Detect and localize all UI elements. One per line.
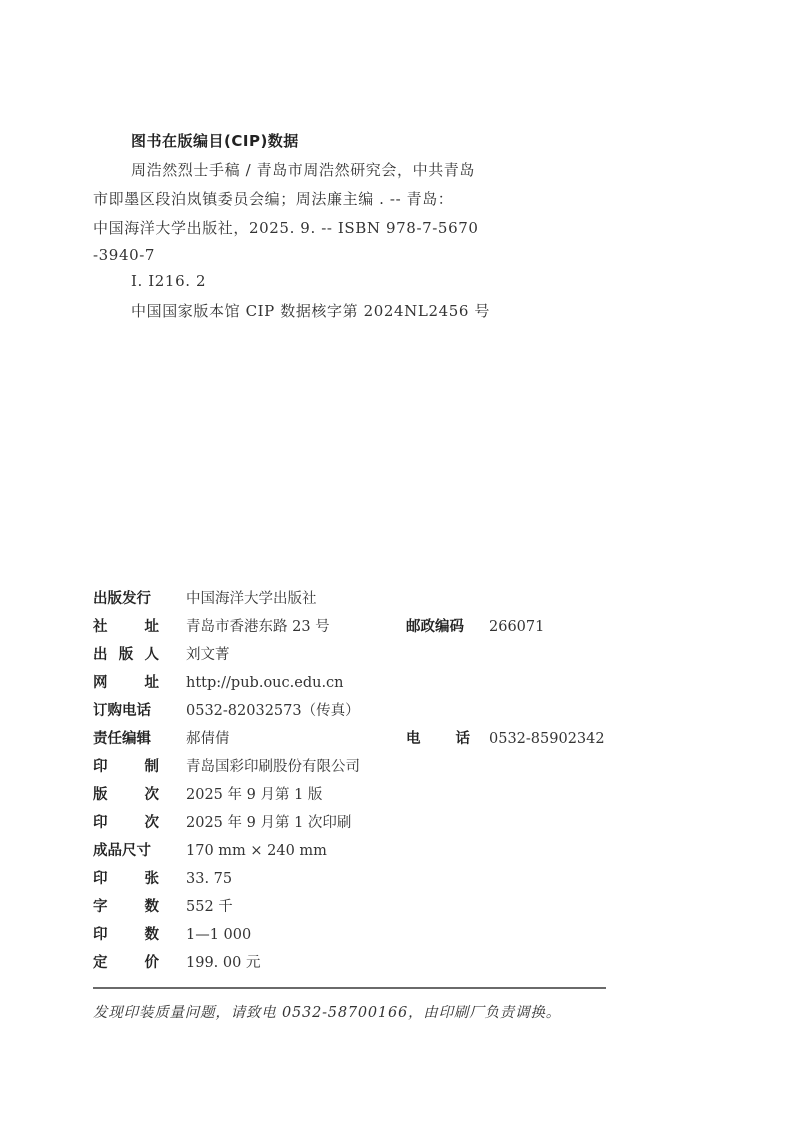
value-publisher: 中国海洋大学出版社 [186, 588, 317, 610]
label-size: 成品尺寸 [93, 840, 159, 862]
imprint-row-printer: 印制 青岛国彩印刷股份有限公司 [93, 756, 613, 778]
value-size: 170 mm × 240 mm [186, 840, 327, 862]
quality-notice: 发现印装质量问题，请致电 0532-58700166，由印刷厂负责调换。 [93, 1001, 561, 1022]
label-price: 定价 [93, 952, 159, 974]
cip-line-3: 中国海洋大学出版社，2025. 9. -- ISBN 978-7-5670 [93, 217, 479, 238]
label-editor: 责任编辑 [93, 728, 159, 750]
imprint-row-website: 网址 http://pub.ouc.edu.cn [93, 672, 613, 694]
label-publisher: 出版发行 [93, 588, 159, 610]
value-publisher-person: 刘文菁 [186, 644, 230, 666]
imprint-row-printing: 印次 2025 年 9 月第 1 次印刷 [93, 812, 613, 834]
imprint-row-address: 社址 青岛市香港东路 23 号 邮政编码 266071 [93, 616, 613, 638]
cip-approval-number: 中国国家版本馆 CIP 数据核字第 2024NL2456 号 [131, 300, 490, 321]
imprint-row-word-count: 字数 552 千 [93, 896, 613, 918]
website-link[interactable]: http://pub.ouc.edu.cn [186, 672, 344, 694]
label-printing: 印次 [93, 812, 159, 834]
cip-line-2: 市即墨区段泊岚镇委员会编；周法廉主编 . -- 青岛： [93, 188, 453, 209]
cip-classification: Ⅰ. I216. 2 [131, 272, 206, 290]
label-printer: 印制 [93, 756, 159, 778]
imprint-row-publisher: 出版发行 中国海洋大学出版社 [93, 588, 613, 610]
value-printer: 青岛国彩印刷股份有限公司 [186, 756, 360, 778]
imprint-row-size: 成品尺寸 170 mm × 240 mm [93, 840, 613, 862]
cip-line-1: 周浩然烈士手稿 / 青岛市周浩然研究会，中共青岛 [131, 159, 475, 180]
value-word-count: 552 千 [186, 896, 233, 918]
label-publisher-person: 出版人 [93, 644, 159, 666]
label-sheets: 印张 [93, 868, 159, 890]
value-printing: 2025 年 9 月第 1 次印刷 [186, 812, 351, 834]
imprint-row-editor: 责任编辑 郝倩倩 电话 0532-85902342 [93, 728, 613, 750]
value-order-phone: 0532-82032573（传真） [186, 700, 360, 722]
imprint-row-print-run: 印数 1—1 000 [93, 924, 613, 946]
label-edition: 版次 [93, 784, 159, 806]
value-sheets: 33. 75 [186, 868, 232, 890]
value-edition: 2025 年 9 月第 1 版 [186, 784, 322, 806]
imprint-row-sheets: 印张 33. 75 [93, 868, 613, 890]
cip-line-4: -3940-7 [93, 246, 155, 264]
value-phone: 0532-85902342 [489, 728, 605, 750]
imprint-row-order-phone: 订购电话 0532-82032573（传真） [93, 700, 613, 722]
label-phone: 电话 [406, 728, 470, 750]
imprint-row-edition: 版次 2025 年 9 月第 1 版 [93, 784, 613, 806]
label-postcode: 邮政编码 [406, 616, 470, 638]
label-order-phone: 订购电话 [93, 700, 159, 722]
label-website: 网址 [93, 672, 159, 694]
imprint-row-price: 定价 199. 00 元 [93, 952, 613, 974]
value-print-run: 1—1 000 [186, 924, 251, 946]
value-address: 青岛市香港东路 23 号 [186, 616, 330, 638]
divider-rule [93, 987, 606, 989]
value-price: 199. 00 元 [186, 952, 260, 974]
label-address: 社址 [93, 616, 159, 638]
imprint-row-publisher-person: 出版人 刘文菁 [93, 644, 613, 666]
label-word-count: 字数 [93, 896, 159, 918]
cip-title: 图书在版编目(CIP)数据 [131, 130, 299, 151]
label-print-run: 印数 [93, 924, 159, 946]
value-postcode: 266071 [489, 616, 544, 638]
value-editor: 郝倩倩 [186, 728, 230, 750]
